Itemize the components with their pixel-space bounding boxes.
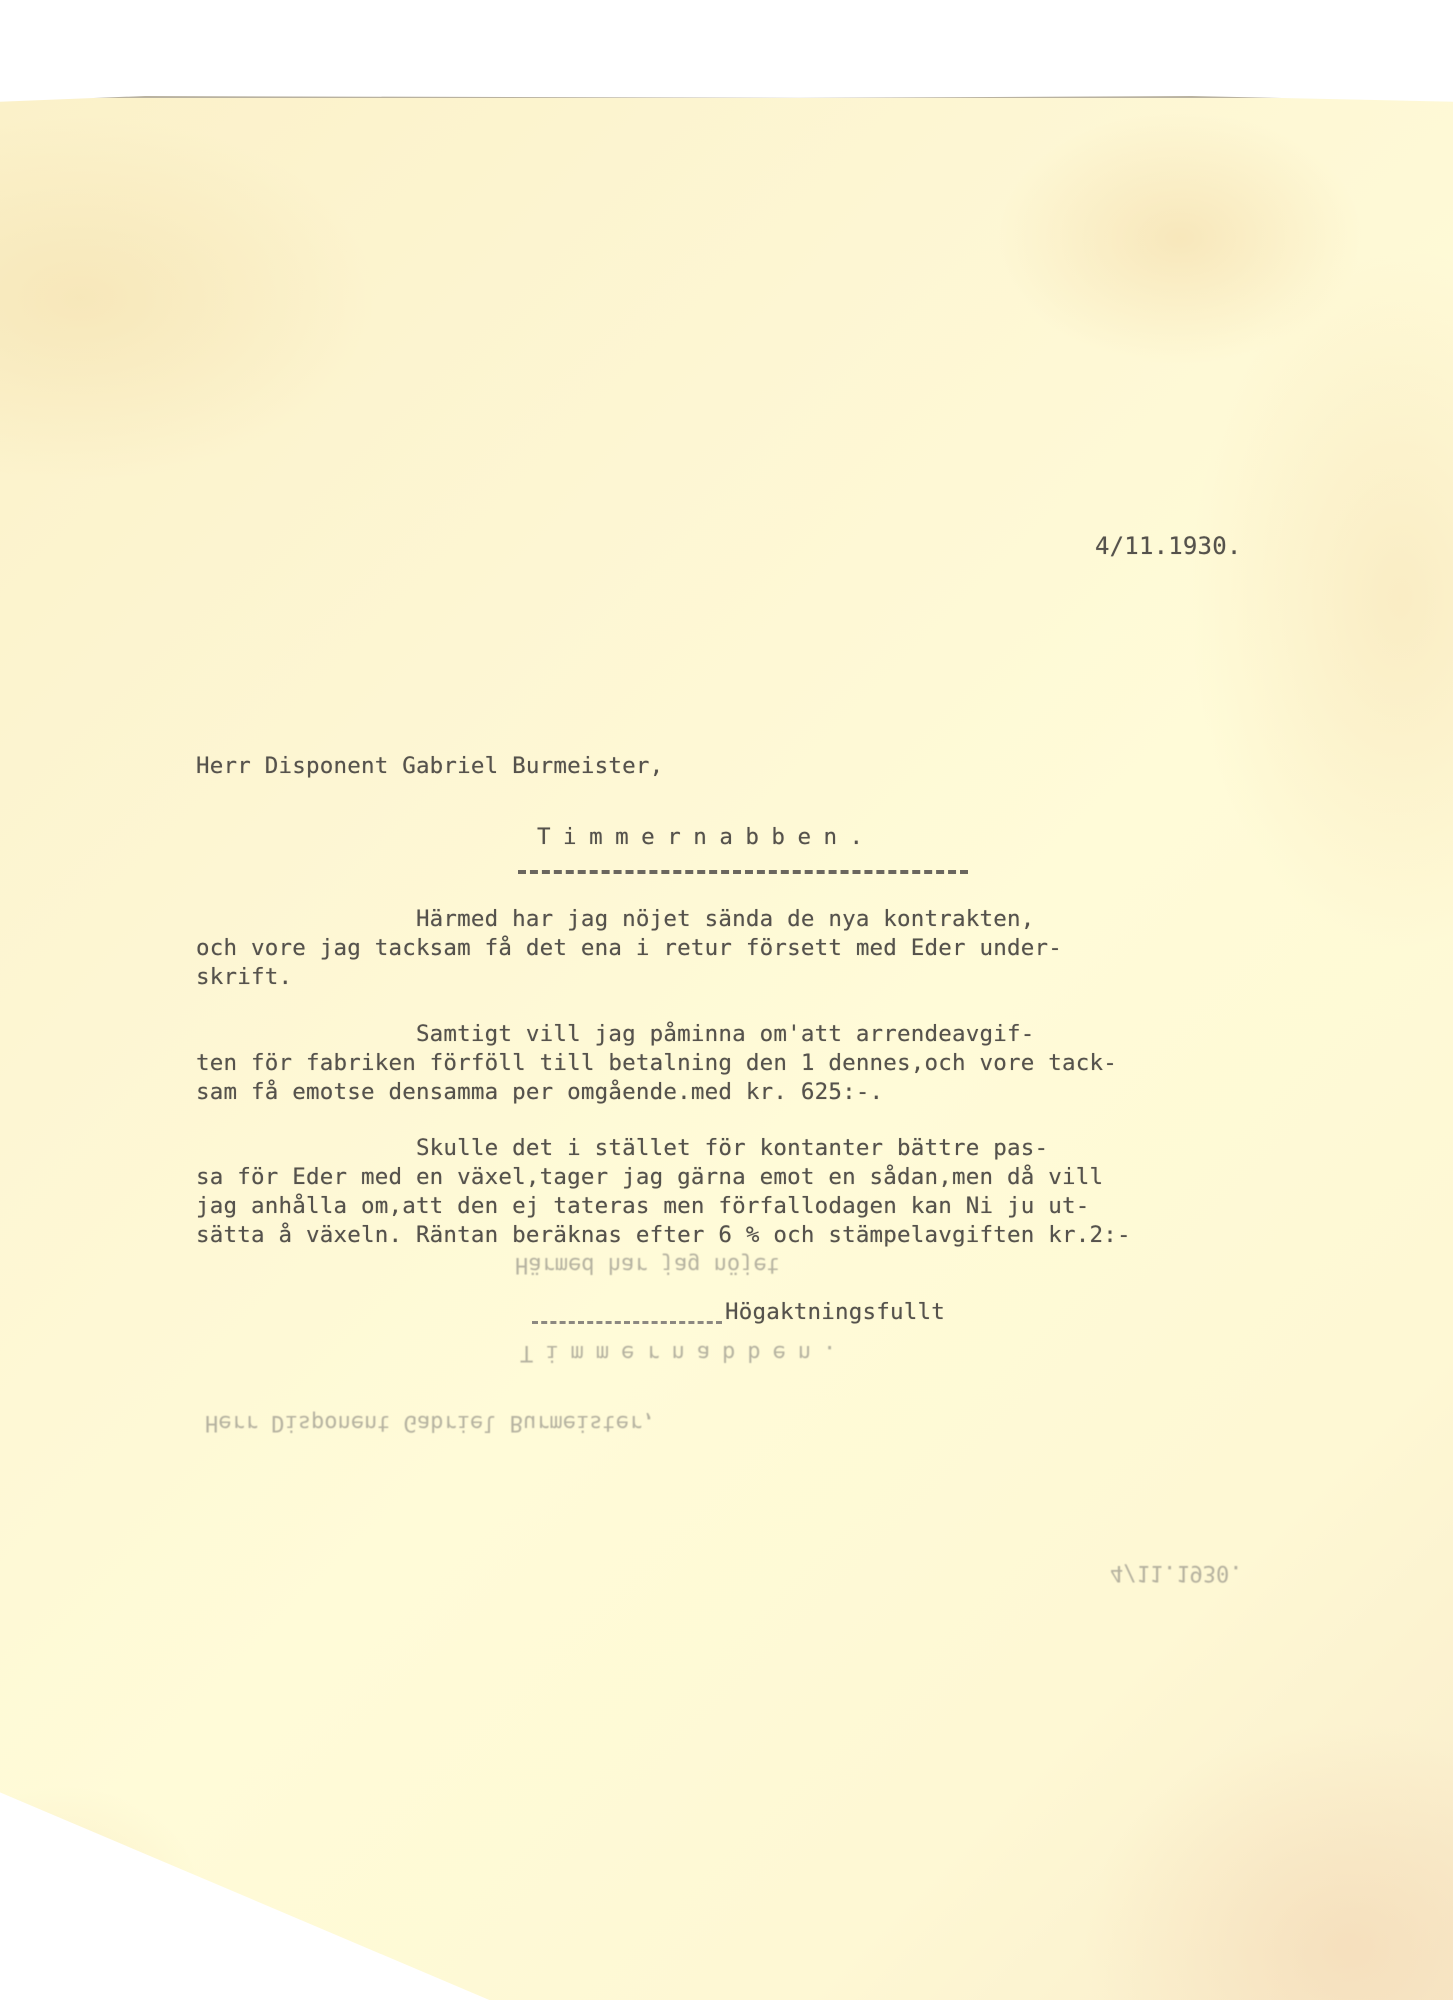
recipient-line: Herr Disponent Gabriel Burmeister, — [196, 752, 663, 781]
closing-salutation: Högaktningsfullt — [725, 1298, 945, 1327]
paragraph-bill-of-exchange: Skulle det i stället för kontanter bättr… — [196, 1134, 1131, 1250]
paragraph-lease-fee: Samtigt vill jag påminna om'att arrendea… — [196, 1020, 1117, 1107]
show-through-text: Herr Disponent Gabriel Burmeister, — [205, 1410, 655, 1435]
show-through-text: Härmed har jag nöjet — [515, 1252, 780, 1277]
scanned-letter: 4/11.1930. Herr Disponent Gabriel Burmei… — [0, 0, 1453, 2000]
show-through-text: 4/11.1930. — [1110, 1560, 1242, 1585]
closing-rule — [532, 1321, 722, 1324]
show-through-text: Timmernabben. — [520, 1340, 848, 1365]
paragraph-contracts: Härmed har jag nöjet sända de nya kontra… — [196, 905, 1062, 992]
place-underline — [518, 870, 968, 874]
letter-date: 4/11.1930. — [1095, 532, 1242, 561]
recipient-place: Timmernabben. — [537, 823, 876, 852]
